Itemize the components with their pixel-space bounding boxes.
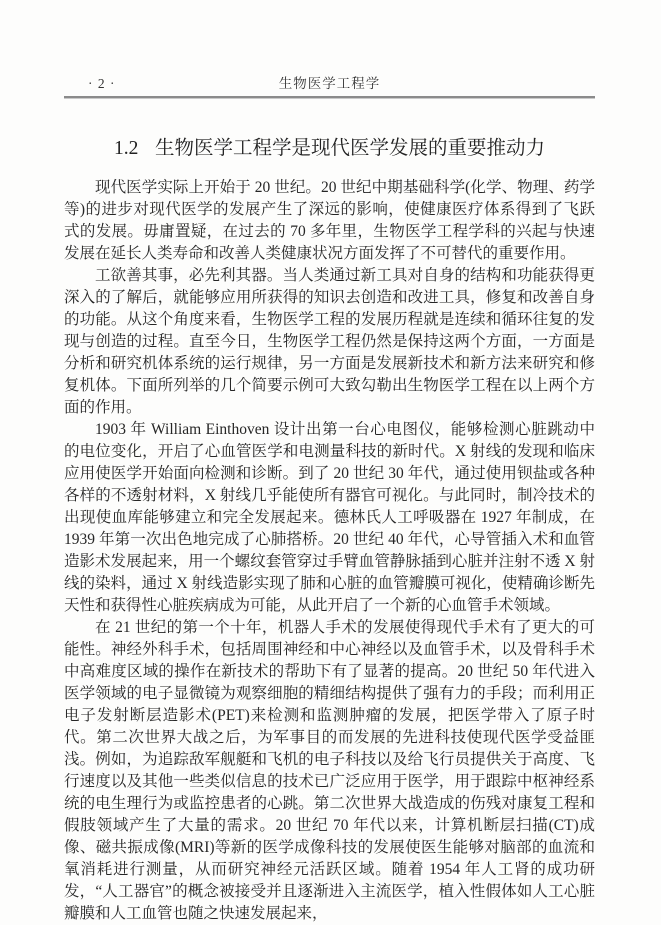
page-header: · 2 · 生物医学工程学 — [64, 74, 595, 93]
section-title: 1.2生物医学工程学是现代医学发展的重要推动力 — [64, 136, 595, 162]
header-rule — [64, 96, 595, 99]
paragraph-2: 工欲善其事，必先利其器。当人类通过新工具对自身的结构和功能获得更深入的了解后，就… — [64, 265, 595, 419]
paragraph-3: 1903 年 William Einthoven 设计出第一台心电图仪，能够检测… — [64, 419, 595, 617]
paragraph-4: 在 21 世纪的第一个十年，机器人手术的发展使得现代手术有了更大的可能性。神经外… — [64, 617, 595, 925]
body-text: 现代医学实际上开始于 20 世纪。20 世纪中期基础科学(化学、物理、药学等)的… — [64, 177, 595, 925]
document-page: · 2 · 生物医学工程学 1.2生物医学工程学是现代医学发展的重要推动力 现代… — [0, 0, 661, 925]
section-number: 1.2 — [114, 138, 138, 159]
section-title-text: 生物医学工程学是现代医学发展的重要推动力 — [155, 138, 545, 159]
paragraph-1: 现代医学实际上开始于 20 世纪。20 世纪中期基础科学(化学、物理、药学等)的… — [64, 177, 595, 265]
running-title: 生物医学工程学 — [64, 74, 595, 93]
